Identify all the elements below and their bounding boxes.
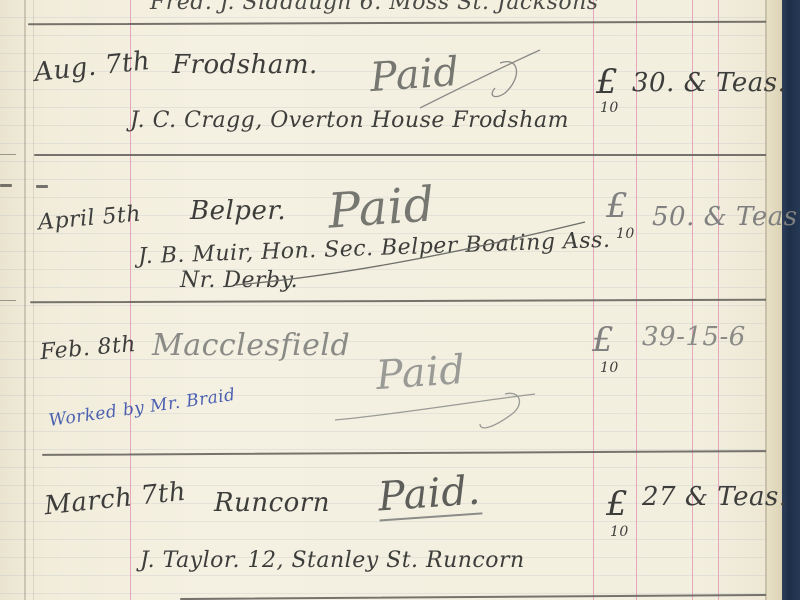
entry-contact: J. Taylor. 12, Stanley St. Runcorn [140,548,525,573]
margin-mark [0,184,12,187]
pound-sign: £ [592,320,614,360]
fraction: 10 [616,226,635,242]
pound-sign: £ [606,484,628,524]
pound-sign: £ [606,186,628,226]
page-crease [24,0,26,600]
partial-entry-text: Fred. J. Siddaugh 6. Moss St. Jacksons [150,0,599,15]
entry-amount: 27 & Teas. [642,482,788,512]
entry-separator [34,154,768,156]
pound-sign: £ [596,62,618,102]
paid-flourish [330,392,540,437]
entry-contact: J. C. Cragg, Overton House Frodsham [130,108,569,133]
margin-mark [0,154,16,155]
fraction: 10 [610,524,629,540]
fraction: 10 [600,100,619,116]
entry-place: Macclesfield [152,328,350,363]
fraction: 10 [600,360,619,376]
page-crease-inner [33,0,34,600]
entry-amount: 39-15-6 [642,322,746,352]
paid-stamp: Paid. [377,468,483,521]
margin-mark [36,185,48,188]
entry-place: Frodsham. [172,50,318,80]
paid-flourish [230,220,590,290]
entry-place: Runcorn [214,488,330,518]
entry-amount: 50. & Teas. [652,202,800,232]
margin-mark [0,300,16,301]
entry-amount: 30. & Teas. [632,68,786,98]
